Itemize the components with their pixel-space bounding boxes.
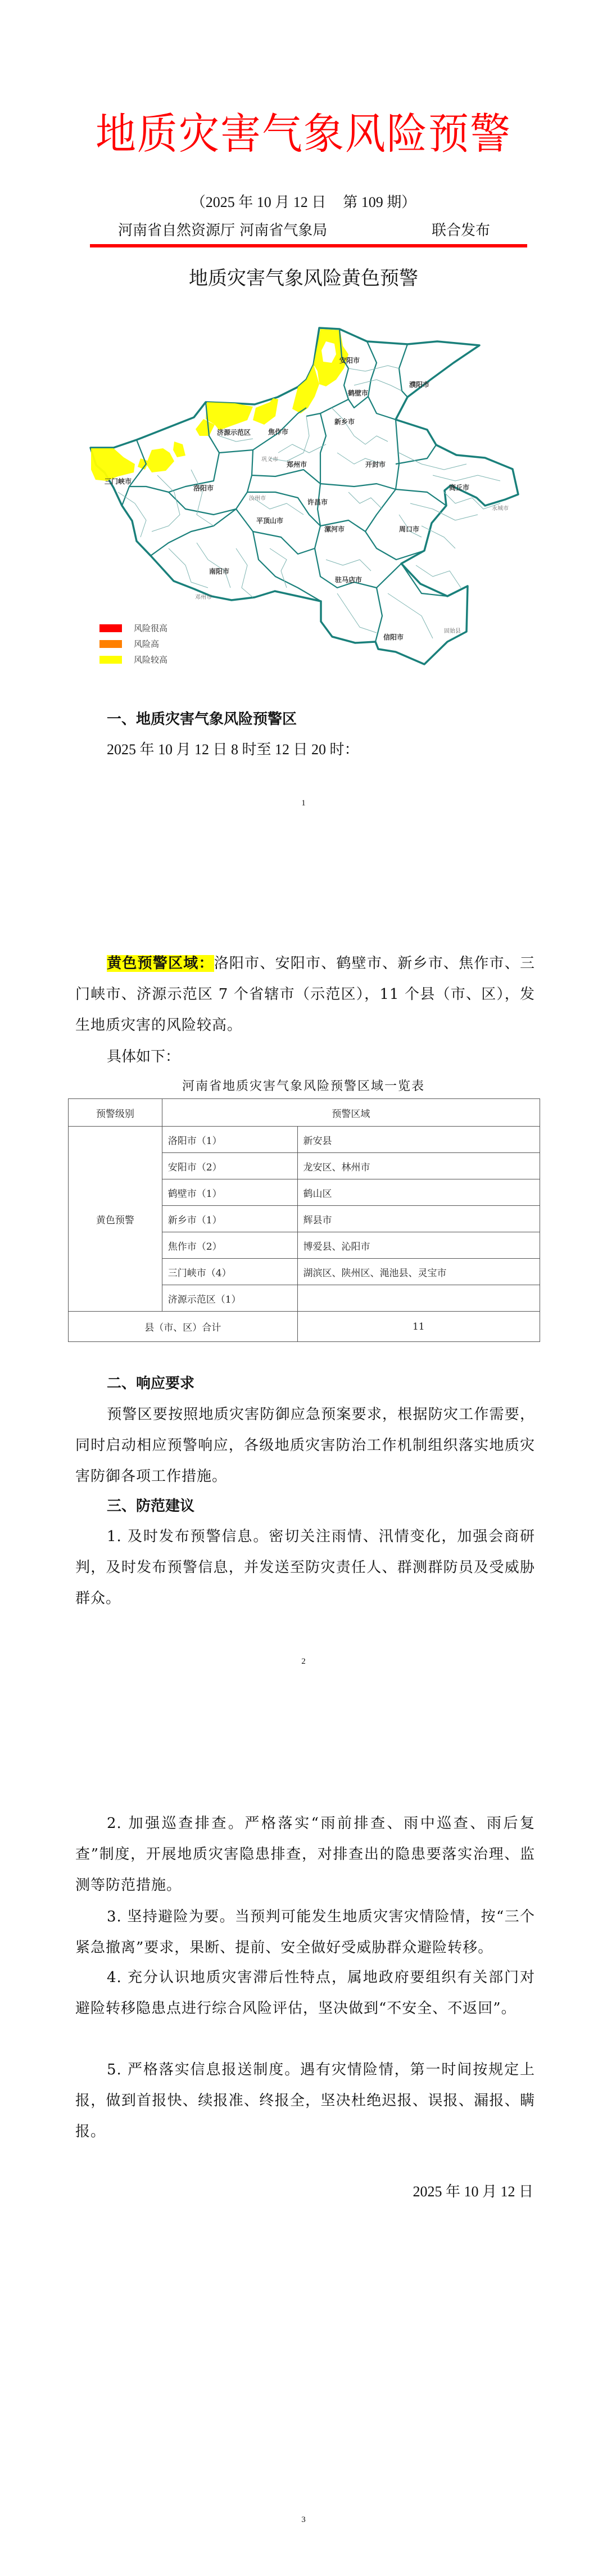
legend-swatch-orange [99, 640, 122, 648]
county-cell: 新安县 [297, 1127, 540, 1153]
city-cell: 新乡市（1） [162, 1206, 297, 1232]
response-paragraph: 预警区要按照地质灾害防御应急预案要求，根据防灾工作需要，同时启动相应预警响应，各… [75, 1399, 535, 1492]
city-cell: 安阳市（2） [162, 1153, 297, 1179]
advice-text: 1. 及时发布预警信息。密切关注雨情、汛情变化，加强会商研判，及时发布预警信息，… [75, 1528, 535, 1607]
city-cell: 洛阳市（1） [162, 1127, 297, 1153]
advice-text: 4. 充分认识地质灾害滞后性特点，属地政府要组织有关部门对避险转移隐患点进行综合… [75, 1969, 535, 2017]
county-cell: 湖滨区、陕州区、渑池县、灵宝市 [297, 1259, 540, 1285]
table-row: 黄色预警 洛阳市（1） 新安县 [69, 1127, 540, 1153]
city-label: 南阳市 [209, 567, 229, 575]
header-level: 预警级别 [69, 1099, 162, 1127]
issuing-agencies: 河南省自然资源厅 河南省气象局 [118, 222, 327, 240]
warning-area-table: 预警级别 预警区域 黄色预警 洛阳市（1） 新安县 安阳市（2） 龙安区、林州市… [68, 1098, 540, 1342]
city-label: 永城市 [492, 505, 509, 512]
city-label: 济源示范区 [217, 428, 251, 436]
details-intro: 具体如下： [107, 1047, 180, 1066]
advice-text: 3. 坚持避险为要。当预判可能发生地质灾害灾情险情，按“三个紧急撤离”要求，果断… [75, 1908, 535, 1956]
red-divider [90, 244, 527, 247]
section-3-heading: 三、防范建议 [107, 1497, 194, 1516]
city-label: 鹤壁市 [347, 389, 368, 397]
advice-item-4: 4. 充分认识地质灾害滞后性特点，属地政府要组织有关部门对避险转移隐患点进行综合… [75, 1962, 535, 2024]
city-label: 邓州市 [195, 593, 212, 601]
city-label: 信阳市 [383, 633, 404, 641]
legend-label: 风险很高 [134, 623, 167, 633]
legend-swatch-red [99, 624, 122, 632]
henan-province-map: 安阳市鹤壁市濮阳市新乡市济源示范区焦作市巩义市郑州市开封市三门峡市洛阳市商丘市汝… [84, 323, 528, 672]
city-label: 巩义市 [261, 456, 278, 463]
county-cell: 博爱县、沁阳市 [297, 1232, 540, 1259]
section-1-heading: 一、地质灾害气象风险预警区 [107, 710, 297, 729]
header-area: 预警区域 [162, 1099, 540, 1127]
warning-period: 2025 年 10 月 12 日 8 时至 12 日 20 时： [107, 740, 359, 759]
warning-subtitle: 地质灾害气象风险黄色预警 [0, 267, 607, 290]
city-label: 驻马店市 [335, 575, 362, 584]
table-total-row: 县（市、区）合计 11 [69, 1312, 540, 1342]
city-cell: 三门峡市（4） [162, 1259, 297, 1285]
page-number-2: 2 [0, 1657, 607, 1667]
risk-map: 安阳市鹤壁市濮阳市新乡市济源示范区焦作市巩义市郑州市开封市三门峡市洛阳市商丘市汝… [84, 323, 528, 672]
city-cell: 焦作市（2） [162, 1232, 297, 1259]
table-title: 河南省地质灾害气象风险预警区域一览表 [0, 1078, 607, 1096]
city-label: 三门峡市 [105, 477, 132, 485]
city-cell: 济源示范区（1） [162, 1285, 297, 1312]
city-label: 洛阳市 [193, 484, 214, 492]
county-cell: 辉县市 [297, 1206, 540, 1232]
advice-text: 5. 严格落实信息报送制度。遇有灾情险情，第一时间按规定上报，做到首报快、续报准… [75, 2061, 535, 2140]
legend-label: 风险较高 [134, 655, 167, 665]
legend-label: 风险高 [134, 639, 159, 649]
county-cell: 鹤山区 [297, 1179, 540, 1206]
page-number-3: 3 [0, 2515, 607, 2525]
advice-text: 2. 加强巡查排查。严格落实“雨前排查、雨中巡查、雨后复查”制度，开展地质灾害隐… [75, 1815, 535, 1894]
advice-item-5: 5. 严格落实信息报送制度。遇有灾情险情，第一时间按规定上报，做到首报快、续报准… [75, 2055, 535, 2147]
city-label: 郑州市 [286, 460, 307, 469]
city-label: 安阳市 [339, 356, 360, 364]
section-2-heading: 二、响应要求 [107, 1374, 194, 1393]
legend-swatch-yellow [99, 656, 122, 664]
yellow-warning-label: 黄色预警区域： [107, 955, 214, 972]
province-outline [90, 328, 518, 664]
advice-item-3: 3. 坚持避险为要。当预判可能发生地质灾害灾情险情，按“三个紧急撤离”要求，果断… [75, 1902, 535, 1963]
advice-item-2: 2. 加强巡查排查。严格落实“雨前排查、雨中巡查、雨后复查”制度，开展地质灾害隐… [75, 1808, 535, 1901]
city-label: 开封市 [365, 460, 386, 469]
issue-number: 第 109 期） [343, 194, 416, 210]
yellow-warning-paragraph: 黄色预警区域：洛阳市、安阳市、鹤壁市、新乡市、焦作市、三门峡市、济源示范区 7 … [75, 948, 535, 1041]
table-header-row: 预警级别 预警区域 [69, 1099, 540, 1127]
page-number-1: 1 [0, 799, 607, 808]
county-cell [297, 1285, 540, 1312]
city-label: 焦作市 [268, 427, 288, 436]
response-text: 预警区要按照地质灾害防御应急预案要求，根据防灾工作需要，同时启动相应预警响应，各… [75, 1406, 535, 1485]
city-label: 许昌市 [307, 498, 328, 506]
city-label: 濮阳市 [409, 380, 429, 389]
issue-date: （2025 年 10 月 12 日 [191, 194, 327, 210]
warning-level-cell: 黄色预警 [69, 1127, 162, 1312]
city-cell: 鹤壁市（1） [162, 1179, 297, 1206]
city-label: 商丘市 [449, 483, 469, 492]
city-label: 周口市 [399, 525, 419, 533]
city-label: 漯河市 [324, 525, 345, 533]
county-cell: 龙安区、林州市 [297, 1153, 540, 1179]
city-label: 汝州市 [249, 494, 266, 502]
advice-item-1: 1. 及时发布预警信息。密切关注雨情、汛情变化，加强会商研判，及时发布预警信息，… [75, 1521, 535, 1614]
city-label: 平顶山市 [256, 516, 283, 525]
total-label: 县（市、区）合计 [69, 1312, 298, 1342]
document-main-title: 地质灾害气象风险预警 [0, 109, 607, 159]
city-label: 固始县 [444, 627, 461, 634]
total-value: 11 [297, 1312, 540, 1342]
signature-date: 2025 年 10 月 12 日 [413, 2182, 533, 2201]
city-label: 新乡市 [334, 417, 355, 426]
issue-line: （2025 年 10 月 12 日 第 109 期） [0, 193, 607, 211]
joint-release-label: 联合发布 [432, 222, 490, 240]
